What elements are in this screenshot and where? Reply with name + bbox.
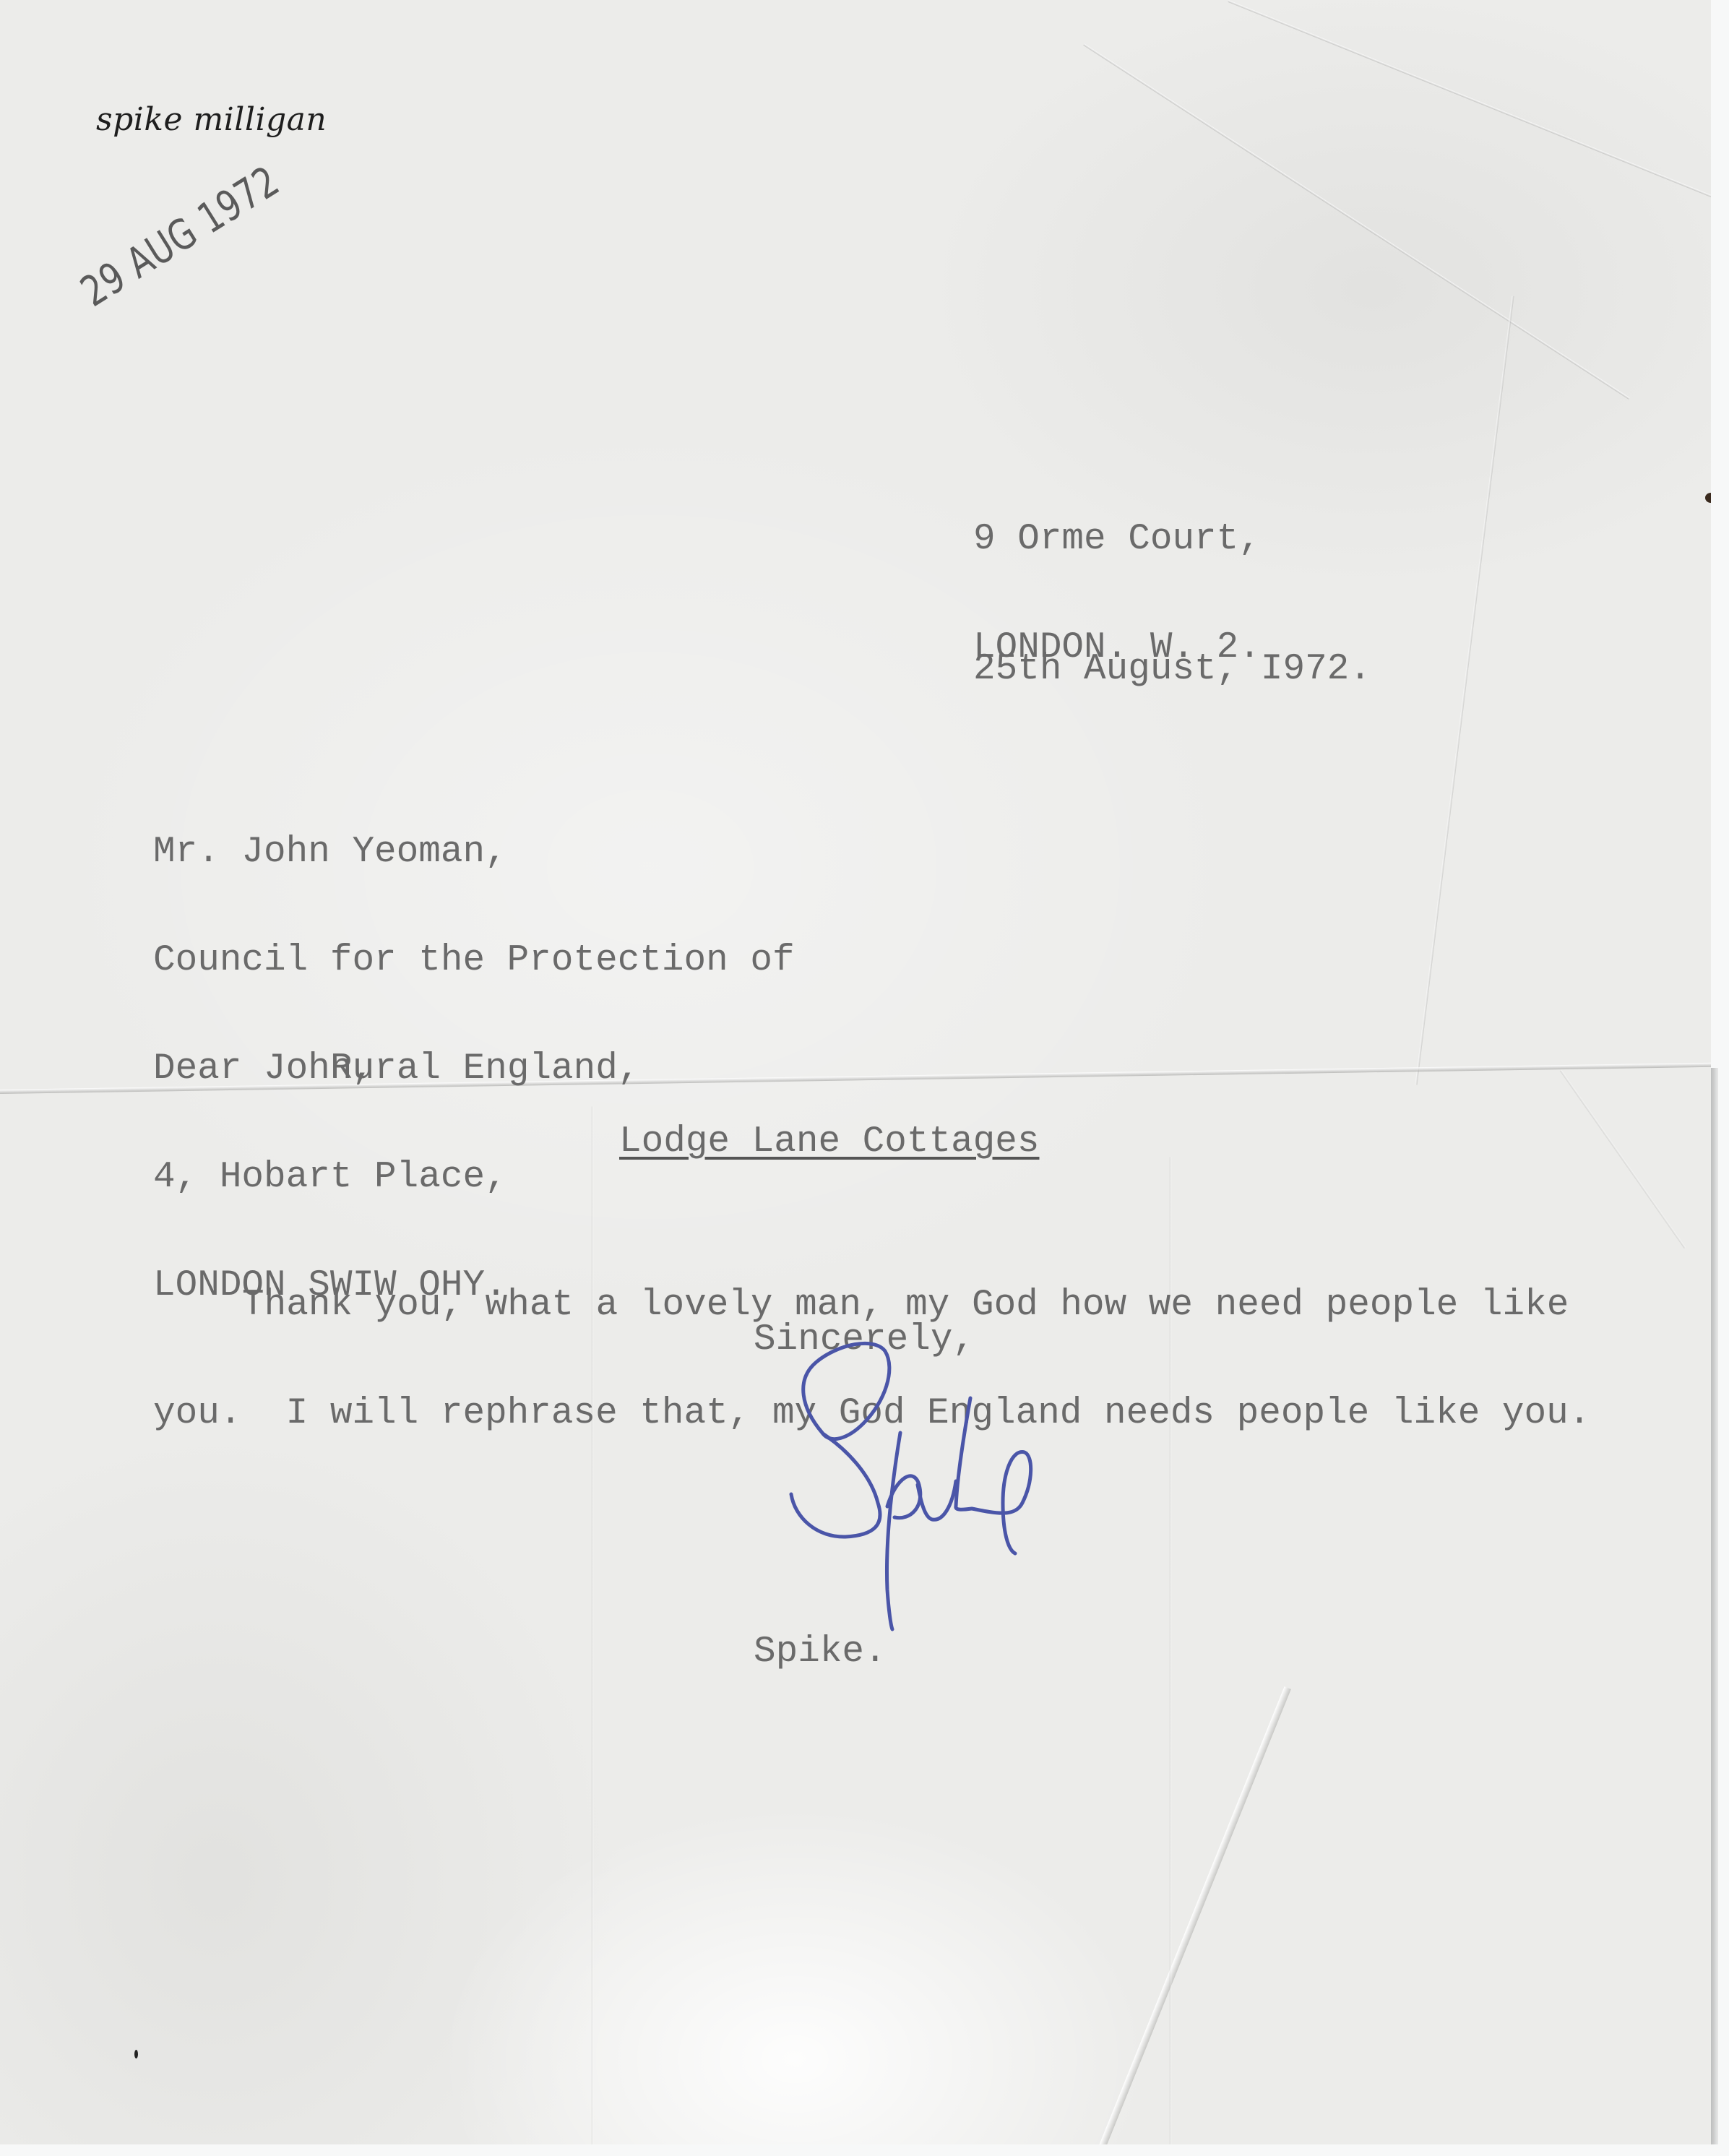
recipient-line: Mr. John Yeoman, [153,835,795,871]
scanned-letter: spike milligan 29 AUG 1972 9 Orme Court,… [0,0,1729,2156]
paper-crease [1415,296,1514,1085]
recipient-line: Council for the Protection of [153,943,795,979]
typed-signature: Spike. [754,1634,887,1670]
letter-date: 25th August, I972. [973,652,1371,688]
salutation: Dear John, [153,1051,374,1087]
sender-address: 9 Orme Court, LONDON. W. 2. [973,449,1261,738]
paper-crease [1083,43,1629,400]
paper-sheet: spike milligan 29 AUG 1972 9 Orme Court,… [0,0,1711,2144]
ink-speck [134,2050,138,2058]
ink-speck [1705,493,1717,503]
paper-crease [1095,1686,1290,2156]
stamp-text: 29 AUG 1972 [72,156,288,316]
sender-address-line: 9 Orme Court, [973,522,1261,558]
subject-heading: Lodge Lane Cottages [619,1124,1040,1160]
letterhead-name: spike milligan [96,101,327,138]
handwritten-signature [723,1301,1228,1676]
received-date-stamp: 29 AUG 1972 [72,123,341,316]
recipient-line: 4, Hobart Place, [153,1160,795,1196]
